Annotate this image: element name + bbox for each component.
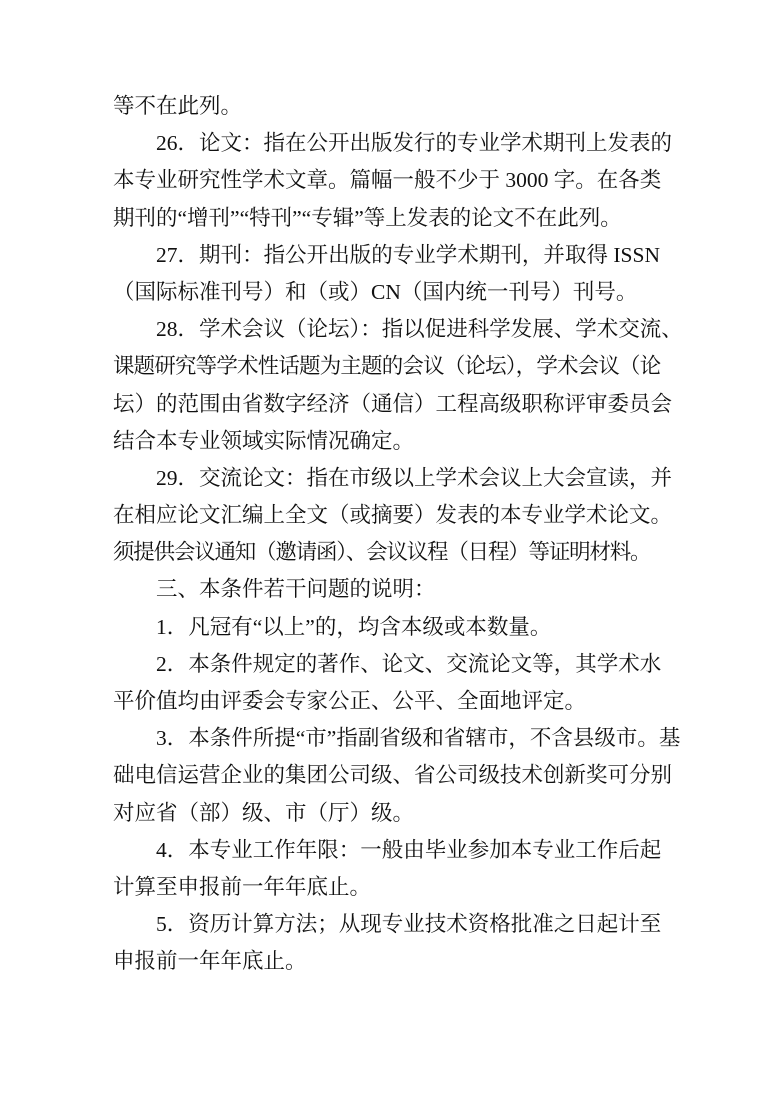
text-line: 2．本条件规定的著作、论文、交流论文等，其学术水 (113, 646, 660, 683)
text-line: 4．本专业工作年限：一般由毕业参加本专业工作后起 (113, 832, 660, 869)
text-line: 期刊的“增刊”“特刊”“专辑”等上发表的论文不在此列。 (113, 200, 660, 237)
text-line: 1．凡冠有“以上”的，均含本级或本数量。 (113, 609, 660, 646)
text-line: 等不在此列。 (113, 88, 660, 125)
document-page: 等不在此列。26．论文：指在公开出版发行的专业学术期刊上发表的本专业研究性学术文… (0, 0, 777, 1099)
text-line: 5．资历计算方法；从现专业技术资格批准之日起计至 (113, 906, 660, 943)
text-line: 26．论文：指在公开出版发行的专业学术期刊上发表的 (113, 125, 660, 162)
text-line: 课题研究等学术性话题为主题的会议（论坛），学术会议（论 (113, 348, 660, 385)
text-line: 29．交流论文：指在市级以上学术会议上大会宣读，并 (113, 460, 660, 497)
text-line: 28．学术会议（论坛）：指以促进科学发展、学术交流、 (113, 311, 660, 348)
text-line: 结合本专业领域实际情况确定。 (113, 423, 660, 460)
text-line: 27．期刊：指公开出版的专业学术期刊，并取得 ISSN (113, 237, 660, 274)
text-line: 申报前一年年底止。 (113, 943, 660, 980)
text-line: 须提供会议通知（邀请函）、会议议程（日程）等证明材料。 (113, 534, 660, 571)
text-line: 坛）的范围由省数字经济（通信）工程高级职称评审委员会 (113, 386, 660, 423)
document-body: 等不在此列。26．论文：指在公开出版发行的专业学术期刊上发表的本专业研究性学术文… (113, 88, 660, 981)
text-line: 平价值均由评委会专家公正、公平、全面地评定。 (113, 683, 660, 720)
text-line: 本专业研究性学术文章。篇幅一般不少于 3000 字。在各类 (113, 162, 660, 199)
text-line: 3．本条件所提“市”指副省级和省辖市，不含县级市。基 (113, 720, 660, 757)
text-line: （国际标准刊号）和（或）CN（国内统一刊号）刊号。 (113, 274, 660, 311)
text-line: 三、本条件若干问题的说明： (113, 571, 660, 608)
text-line: 对应省（部）级、市（厅）级。 (113, 795, 660, 832)
text-line: 计算至申报前一年年底止。 (113, 869, 660, 906)
text-line: 在相应论文汇编上全文（或摘要）发表的本专业学术论文。 (113, 497, 660, 534)
text-line: 础电信运营企业的集团公司级、省公司级技术创新奖可分别 (113, 757, 660, 794)
